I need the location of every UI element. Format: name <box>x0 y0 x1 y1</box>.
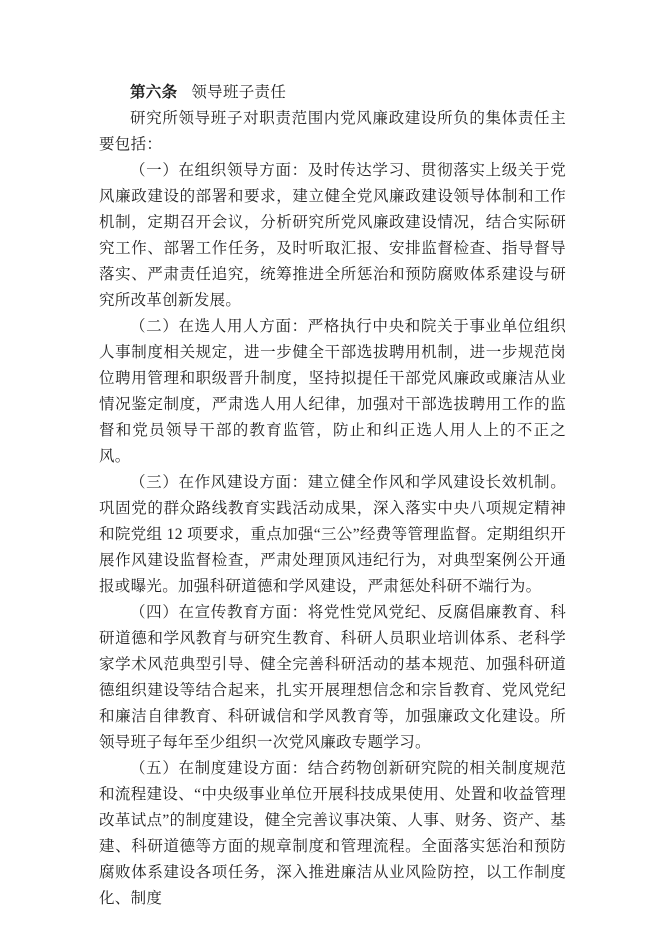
document-content: 第六条领导班子责任 研究所领导班子对职责范围内党风廉政建设所负的集体责任主要包括… <box>99 80 566 912</box>
paragraph-item-4: （四）在宣传教育方面：将党性党风党纪、反腐倡廉教育、科研道德和学风教育与研究生教… <box>99 600 566 756</box>
paragraph-item-1: （一）在组织领导方面：及时传达学习、贯彻落实上级关于党风廉政建设的部署和要求，建… <box>99 158 566 314</box>
paragraph-item-5: （五）在制度建设方面：结合药物创新研究院的相关制度规范和流程建设、“中央级事业单… <box>99 756 566 912</box>
paragraph-item-2: （二）在选人用人方面：严格执行中央和院关于事业单位组织人事制度相关规定，进一步健… <box>99 314 566 470</box>
paragraph-item-3: （三）在作风建设方面：建立健全作风和学风建设长效机制。巩固党的群众路线教育实践活… <box>99 470 566 600</box>
page-number: 2 <box>0 860 662 876</box>
article-heading: 第六条领导班子责任 <box>99 80 566 106</box>
document-page: 第六条领导班子责任 研究所领导班子对职责范围内党风廉政建设所负的集体责任主要包括… <box>0 0 662 936</box>
paragraph-intro: 研究所领导班子对职责范围内党风廉政建设所负的集体责任主要包括： <box>99 106 566 158</box>
article-title: 领导班子责任 <box>191 84 286 101</box>
article-number: 第六条 <box>130 84 177 101</box>
